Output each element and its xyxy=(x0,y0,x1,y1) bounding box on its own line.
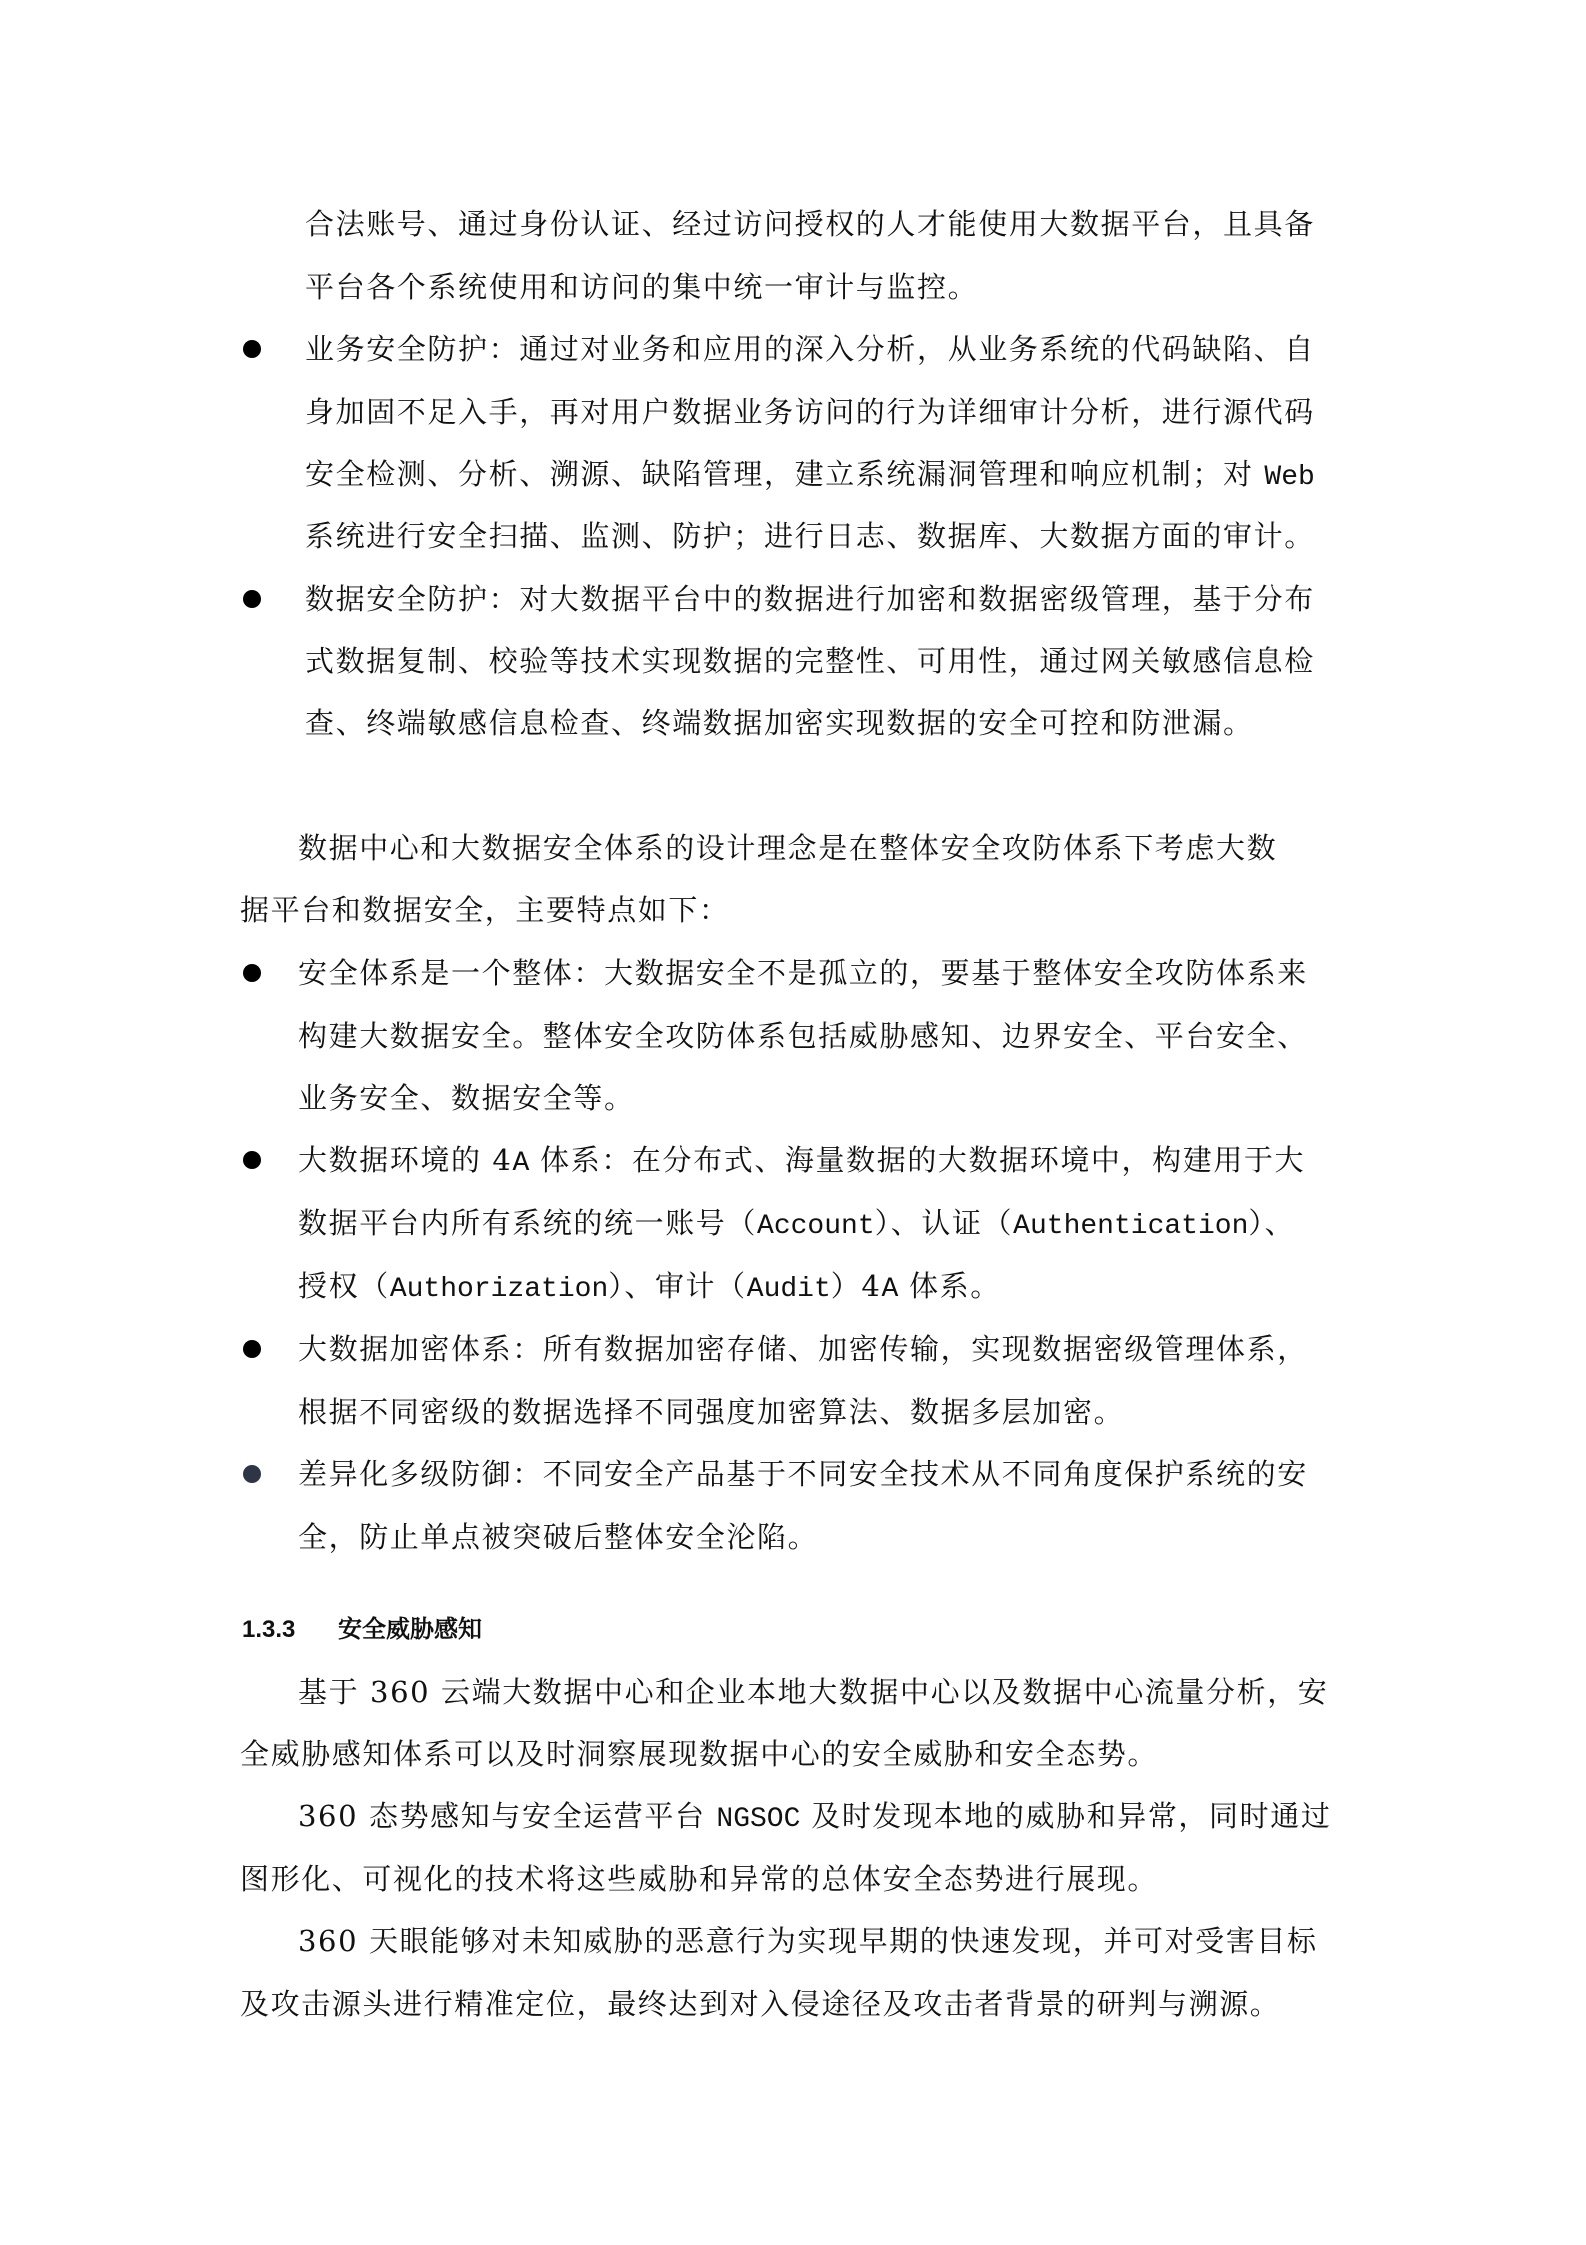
bullet-text-line: 业务安全防护：通过对业务和应用的深入分析，从业务系统的代码缺陷、自 xyxy=(305,329,1315,369)
bullet-icon xyxy=(243,964,261,982)
bullet-text-line: 安全检测、分析、溯源、缺陷管理，建立系统漏洞管理和响应机制；对 Web xyxy=(305,454,1315,494)
paragraph-text-line: 数据中心和大数据安全体系的设计理念是在整体安全攻防体系下考虑大数 xyxy=(298,828,1277,868)
bullet-text-line: 全，防止单点被突破后整体安全沦陷。 xyxy=(298,1517,818,1557)
paragraph-text-line: 360 态势感知与安全运营平台 NGSOC 及时发现本地的威胁和异常，同时通过 xyxy=(298,1796,1331,1836)
bullet-text-line: 数据安全防护：对大数据平台中的数据进行加密和数据密级管理，基于分布 xyxy=(305,579,1315,619)
bullet-text-line: 系统进行安全扫描、监测、防护；进行日志、数据库、大数据方面的审计。 xyxy=(305,516,1315,556)
bullet-icon xyxy=(243,340,261,358)
document-page: 合法账号、通过身份认证、经过访问授权的人才能使用大数据平台，且具备 平台各个系统… xyxy=(0,0,1586,2245)
paragraph-text-line: 图形化、可视化的技术将这些威胁和异常的总体安全态势进行展现。 xyxy=(240,1859,1158,1899)
paragraph-text-line: 360 天眼能够对未知威胁的恶意行为实现早期的快速发现，并可对受害目标 xyxy=(298,1921,1318,1961)
paragraph-text-line: 及攻击源头进行精准定位，最终达到对入侵途径及攻击者背景的研判与溯源。 xyxy=(240,1984,1280,2024)
bullet-icon xyxy=(243,1465,261,1483)
bullet-text-line: 根据不同密级的数据选择不同强度加密算法、数据多层加密。 xyxy=(298,1392,1124,1432)
body-text-line: 平台各个系统使用和访问的集中统一审计与监控。 xyxy=(305,267,978,307)
bullet-text-line: 构建大数据安全。整体安全攻防体系包括威胁感知、边界安全、平台安全、 xyxy=(298,1016,1308,1056)
section-number: 1.3.3 xyxy=(242,1614,338,1646)
bullet-text-line: 差异化多级防御：不同安全产品基于不同安全技术从不同角度保护系统的安 xyxy=(298,1454,1308,1494)
paragraph-text-line: 基于 360 云端大数据中心和企业本地大数据中心以及数据中心流量分析，安 xyxy=(298,1672,1328,1712)
bullet-icon xyxy=(243,1151,261,1169)
bullet-text-line: 大数据加密体系：所有数据加密存储、加密传输，实现数据密级管理体系， xyxy=(298,1329,1308,1369)
bullet-text-line: 式数据复制、校验等技术实现数据的完整性、可用性，通过网关敏感信息检 xyxy=(305,641,1315,681)
bullet-text-line: 查、终端敏感信息检查、终端数据加密实现数据的安全可控和防泄漏。 xyxy=(305,703,1254,743)
section-heading: 1.3.3安全威胁感知 xyxy=(242,1614,482,1646)
bullet-icon xyxy=(243,590,261,608)
bullet-text-line: 安全体系是一个整体：大数据安全不是孤立的，要基于整体安全攻防体系来 xyxy=(298,953,1308,993)
bullet-text-line: 授权（Authorization）、审计（Audit）4A 体系。 xyxy=(298,1266,1001,1306)
paragraph-text-line: 据平台和数据安全，主要特点如下： xyxy=(240,890,730,930)
body-text-line: 合法账号、通过身份认证、经过访问授权的人才能使用大数据平台，且具备 xyxy=(305,204,1315,244)
paragraph-text-line: 全威胁感知体系可以及时洞察展现数据中心的安全威胁和安全态势。 xyxy=(240,1734,1158,1774)
bullet-text-line: 业务安全、数据安全等。 xyxy=(298,1078,635,1118)
bullet-text-line: 大数据环境的 4A 体系：在分布式、海量数据的大数据环境中，构建用于大 xyxy=(298,1140,1305,1180)
bullet-text-line: 数据平台内所有系统的统一账号（Account）、认证（Authenticatio… xyxy=(298,1203,1295,1243)
bullet-text-line: 身加固不足入手，再对用户数据业务访问的行为详细审计分析，进行源代码 xyxy=(305,392,1315,432)
bullet-icon xyxy=(243,1340,261,1358)
section-title: 安全威胁感知 xyxy=(338,1616,482,1643)
